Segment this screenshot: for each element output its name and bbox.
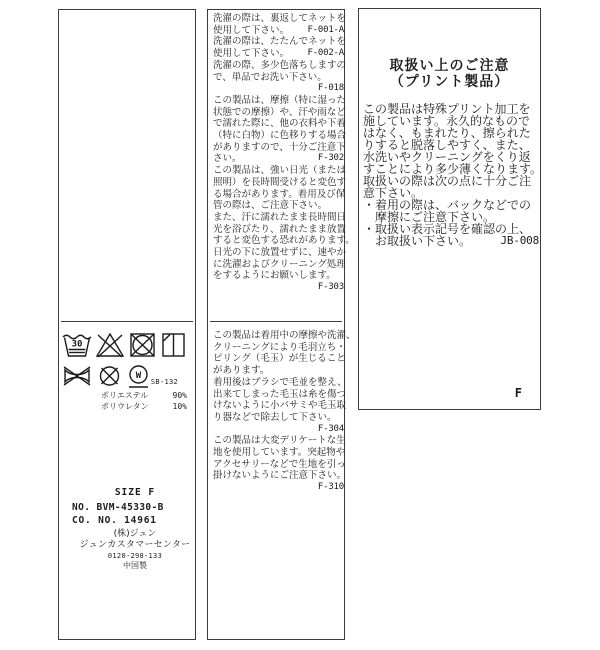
- text-line: すると変色する恐れがあります。: [213, 235, 344, 247]
- text-line: 使用して下さい。 F-002-A: [213, 48, 344, 60]
- line-text: る場合があります。着用及び保: [213, 189, 345, 201]
- country-of-origin: 中国製: [67, 561, 203, 571]
- company-info: (株)ジュン ジュンカスタマーセンター 0120-298-133 中国製: [67, 529, 203, 571]
- text-line: で、単品でお洗い下さい。: [213, 72, 344, 84]
- text-line: 洗濯の際、多少色落ちしますの: [213, 60, 344, 72]
- text-line: 管の際は、ご注意下さい。: [213, 200, 344, 212]
- phone-number: 0120-298-133: [67, 551, 203, 561]
- text-line: 光を浴びたり、濡れたまま放置: [213, 224, 344, 236]
- text-line: 掛けないようにご注意下さい。: [213, 470, 344, 482]
- line-text: 光を浴びたり、濡れたまま放置: [213, 224, 346, 236]
- text-line: この製品は、摩擦（特に湿った: [213, 95, 344, 107]
- material-name: ポリエステル: [101, 390, 148, 401]
- line-text: （特に白物）に色移りする場合: [213, 130, 346, 142]
- size-mark: F: [515, 386, 522, 400]
- line-text: に洗濯およびクリーニング処理: [213, 259, 346, 271]
- panel-print-notice: 取扱い上のご注意 （プリント製品） この製品は特殊プリント加工を 施しています。…: [358, 8, 541, 410]
- svg-text:30: 30: [72, 340, 83, 350]
- text-line: さい。 F-302: [213, 153, 344, 165]
- text-line: がありますので、十分ご注意下: [213, 142, 344, 154]
- svg-text:W: W: [136, 371, 142, 381]
- text-line: で濡れた際に、他の衣料や下着: [213, 118, 344, 130]
- care-text-pilling: この製品は着用中の摩擦や洗濯、 クリーニングにより毛羽立ち・ ピリング（毛玉）が…: [213, 330, 344, 494]
- co-number: CO. NO. 14961: [72, 515, 157, 526]
- line-code: F-001-A: [307, 25, 344, 37]
- text-line: この製品は大変デリケートな生: [213, 435, 344, 447]
- notice-title: 取扱い上のご注意 （プリント製品）: [359, 59, 540, 90]
- line-text: けないように小バサミや毛玉取: [213, 400, 346, 412]
- text-line: 使用して下さい。 F-001-A: [213, 25, 344, 37]
- notice-title-line1: 取扱い上のご注意: [359, 59, 540, 75]
- line-text: 照明）を長時間受けると変色す: [213, 177, 346, 189]
- composition-row: ポリウレタン 10%: [101, 401, 187, 412]
- composition-row: ポリエステル 90%: [101, 390, 187, 401]
- text-line: F-018: [213, 83, 344, 95]
- line-text: で、単品でお洗い下さい。: [213, 72, 327, 84]
- line-text: 使用して下さい。: [213, 48, 289, 60]
- line-text: がありますので、十分ご注意下: [213, 142, 346, 154]
- line-code: F-018: [318, 83, 344, 95]
- line-text: 地を使用しています。突起物や: [213, 447, 345, 459]
- professional-wet-clean-icon: W: [127, 365, 150, 389]
- text-line: F-303: [213, 282, 344, 294]
- panel-composition: 30: [58, 9, 196, 640]
- do-not-wring-icon: [62, 365, 92, 387]
- text-line: 着用後はブラシで毛並を整え、: [213, 377, 344, 389]
- line-code: F-303: [318, 282, 344, 294]
- text-line: F-310: [213, 482, 344, 494]
- text-line: 日光の下に放置せずに、速やか: [213, 247, 344, 259]
- care-label-sheet: 30: [0, 0, 600, 650]
- text-line: 地を使用しています。突起物や: [213, 447, 344, 459]
- line-text: 洗濯の際、多少色落ちしますの: [213, 60, 346, 72]
- text-line: 照明）を長時間受けると変色す: [213, 177, 344, 189]
- care-text-washing: 洗濯の際は、裏返してネットを 使用して下さい。 F-001-A 洗濯の際は、たた…: [213, 13, 344, 294]
- text-line: り器などで除去して下さい。: [213, 412, 344, 424]
- company-name: (株)ジュン: [67, 529, 203, 540]
- material-name: ポリウレタン: [101, 401, 149, 412]
- size-label: SIZE F: [67, 487, 203, 498]
- text-line: また、汗に濡れたまま長時間日: [213, 212, 344, 224]
- fabric-composition: ポリエステル 90% ポリウレタン 10%: [101, 390, 187, 412]
- do-not-dry-clean-icon: [98, 365, 121, 387]
- line-text: で濡れた際に、他の衣料や下着: [213, 118, 346, 130]
- wash-30-gentle-icon: 30: [62, 330, 92, 359]
- text-line: ピリング（毛玉）が生じること: [213, 353, 344, 365]
- text-line: けないように小バサミや毛玉取: [213, 400, 344, 412]
- do-not-bleach-icon: [95, 330, 125, 359]
- text-line: があります。: [213, 365, 344, 377]
- line-text: この製品は大変デリケートな生: [213, 435, 346, 447]
- line-text: 洗濯の際は、たたんでネットを: [213, 36, 346, 48]
- customer-center: ジュンカスタマーセンター: [67, 540, 203, 551]
- line-text: お取扱い下さい。: [363, 235, 471, 247]
- line-text: アクセサリーなどで生地を引っ: [213, 459, 346, 471]
- material-percent: 90%: [173, 390, 187, 401]
- notice-body: この製品は特殊プリント加工を 施しています。永久的なもので はなく、もまれたり、…: [363, 103, 539, 247]
- text-line: （特に白物）に色移りする場合: [213, 130, 344, 142]
- line-text: 着用後はブラシで毛並を整え、: [213, 377, 347, 389]
- line-text: り器などで除去して下さい。: [213, 412, 337, 424]
- line-text: 使用して下さい。: [213, 25, 289, 37]
- line-text: すると変色する恐れがあります。: [213, 235, 355, 247]
- line-text: 日光の下に放置せずに、速やか: [213, 247, 346, 259]
- line-code: F-002-A: [307, 48, 344, 60]
- lot-code: SB-132: [151, 378, 178, 386]
- text-line: をするようにお願いします。: [213, 270, 344, 282]
- line-text: 掛けないようにご注意下さい。: [213, 470, 346, 482]
- text-line: 洗濯の際は、裏返してネットを: [213, 13, 344, 25]
- text-line: この製品は、強い日光（または: [213, 165, 344, 177]
- line-text: 出来てしまった毛玉は糸を傷つ: [213, 389, 346, 401]
- line-text: さい。: [213, 153, 242, 165]
- care-symbols-row-2: W: [62, 365, 150, 389]
- text-line: 洗濯の際は、たたんでネットを: [213, 36, 344, 48]
- line-text: この製品は、強い日光（または: [213, 165, 346, 177]
- text-line: この製品は着用中の摩擦や洗濯、: [213, 330, 344, 342]
- mid-panel-divider: [210, 321, 342, 322]
- material-percent: 10%: [173, 401, 187, 412]
- line-dry-in-shade-icon: [160, 330, 187, 359]
- line-text: 洗濯の際は、裏返してネットを: [213, 13, 346, 25]
- line-text: ピリング（毛玉）が生じること: [213, 353, 346, 365]
- line-text: クリーニングにより毛羽立ち・: [213, 342, 346, 354]
- notice-title-line2: （プリント製品）: [359, 75, 540, 91]
- line-text: があります。: [213, 365, 269, 377]
- text-line: 状態での摩擦）や、汗や雨など: [213, 107, 344, 119]
- panel-care-instructions: 洗濯の際は、裏返してネットを 使用して下さい。 F-001-A 洗濯の際は、たた…: [207, 9, 345, 640]
- text-line: F-304: [213, 424, 344, 436]
- text-line: る場合があります。着用及び保: [213, 189, 344, 201]
- care-symbols-row-1: 30: [62, 330, 187, 359]
- line-text: 状態での摩擦）や、汗や雨など: [213, 107, 346, 119]
- line-text: をするようにお願いします。: [213, 270, 336, 282]
- text-line: アクセサリーなどで生地を引っ: [213, 459, 344, 471]
- text-line: お取扱い下さい。 JB-008: [363, 235, 539, 247]
- line-text: この製品は、摩擦（特に湿った: [213, 95, 346, 107]
- line-text: 管の際は、ご注意下さい。: [213, 200, 327, 212]
- product-number: NO. BVM-45330-B: [72, 502, 164, 513]
- line-code: F-304: [318, 424, 344, 436]
- line-text: この製品は着用中の摩擦や洗濯、: [213, 330, 356, 342]
- left-panel-divider: [61, 321, 193, 322]
- line-code: JB-008: [500, 235, 539, 247]
- text-line: 出来てしまった毛玉は糸を傷つ: [213, 389, 344, 401]
- text-line: に洗濯およびクリーニング処理: [213, 259, 344, 271]
- do-not-tumble-dry-icon: [128, 330, 157, 359]
- line-text: また、汗に濡れたまま長時間日: [213, 212, 346, 224]
- line-code: F-310: [318, 482, 344, 494]
- text-line: クリーニングにより毛羽立ち・: [213, 342, 344, 354]
- line-code: F-302: [318, 153, 344, 165]
